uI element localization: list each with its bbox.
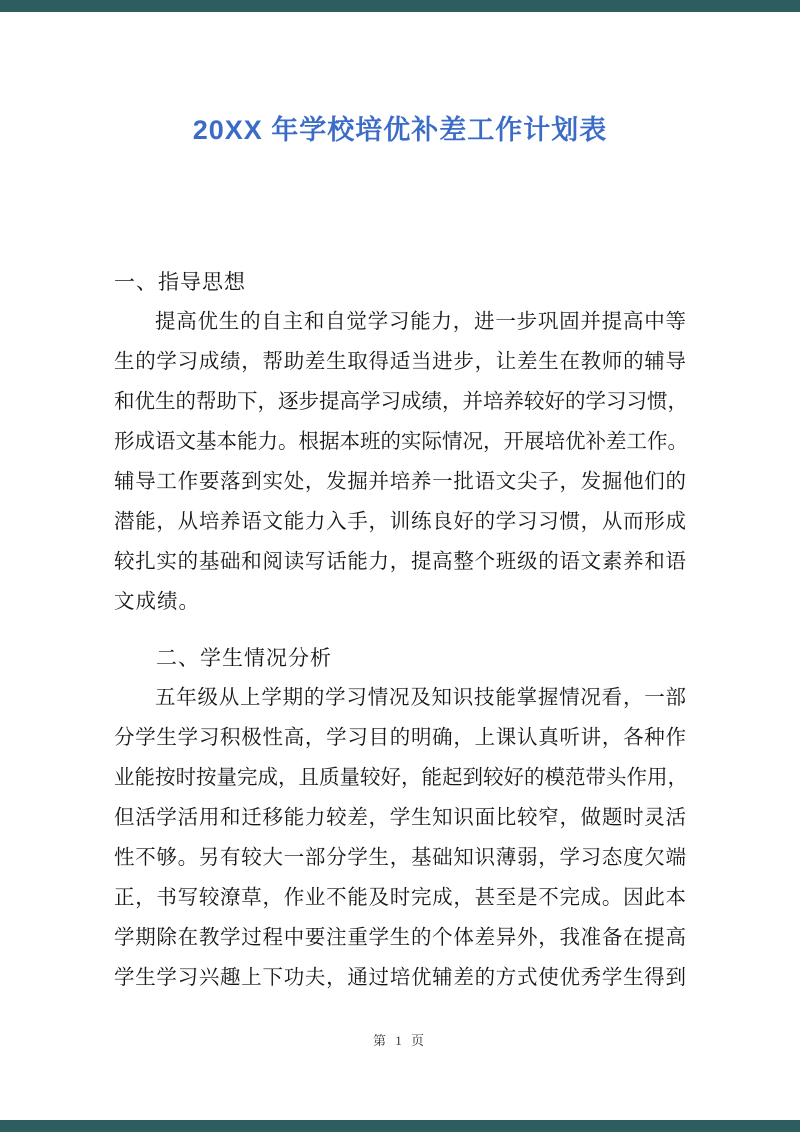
- document-title: 20XX 年学校培优补差工作计划表: [114, 108, 686, 152]
- document-content: 20XX 年学校培优补差工作计划表 一、指导思想 提高优生的自主和自觉学习能力，…: [114, 0, 686, 1050]
- paragraph-line: 辅导工作要落到实处，发掘并培养一批语文尖子，发掘他们的: [114, 462, 686, 502]
- document-page: 20XX 年学校培优补差工作计划表 一、指导思想 提高优生的自主和自觉学习能力，…: [0, 0, 800, 1132]
- paragraph-line: 形成语文基本能力。根据本班的实际情况，开展培优补差工作。: [114, 422, 686, 462]
- paragraph-line: 学期除在教学过程中要注重学生的个体差异外，我准备在提高: [114, 918, 686, 958]
- paragraph-line: 提高优生的自主和自觉学习能力，进一步巩固并提高中等: [114, 302, 686, 342]
- paragraph-line: 学生学习兴趣上下功夫，通过培优辅差的方式使优秀学生得到: [114, 958, 686, 998]
- paragraph-line: 性不够。另有较大一部分学生，基础知识薄弱，学习态度欠端: [114, 838, 686, 878]
- paragraph-line: 潜能，从培养语文能力入手，训练良好的学习习惯，从而形成: [114, 502, 686, 542]
- paragraph-line: 文成绩。: [114, 582, 686, 622]
- paragraph-line: 业能按时按量完成，且质量较好，能起到较好的模范带头作用，: [114, 758, 686, 798]
- section-heading-2: 二、学生情况分析: [114, 638, 686, 678]
- paragraph-line: 分学生学习积极性高，学习目的明确，上课认真听讲，各种作: [114, 718, 686, 758]
- paragraph-line: 较扎实的基础和阅读写话能力，提高整个班级的语文素养和语: [114, 542, 686, 582]
- paragraph-line: 和优生的帮助下，逐步提高学习成绩，并培养较好的学习习惯，: [114, 382, 686, 422]
- section-heading-1: 一、指导思想: [114, 262, 686, 302]
- paragraph-line: 但活学活用和迁移能力较差，学生知识面比较窄，做题时灵活: [114, 798, 686, 838]
- page-number: 第 1 页: [114, 1032, 686, 1050]
- paragraph-line: 生的学习成绩，帮助差生取得适当进步，让差生在教师的辅导: [114, 342, 686, 382]
- paragraph-line: 正，书写较潦草，作业不能及时完成，甚至是不完成。因此本: [114, 878, 686, 918]
- bottom-border-bar: [0, 1120, 800, 1132]
- paragraph-line: 五年级从上学期的学习情况及知识技能掌握情况看，一部: [114, 678, 686, 718]
